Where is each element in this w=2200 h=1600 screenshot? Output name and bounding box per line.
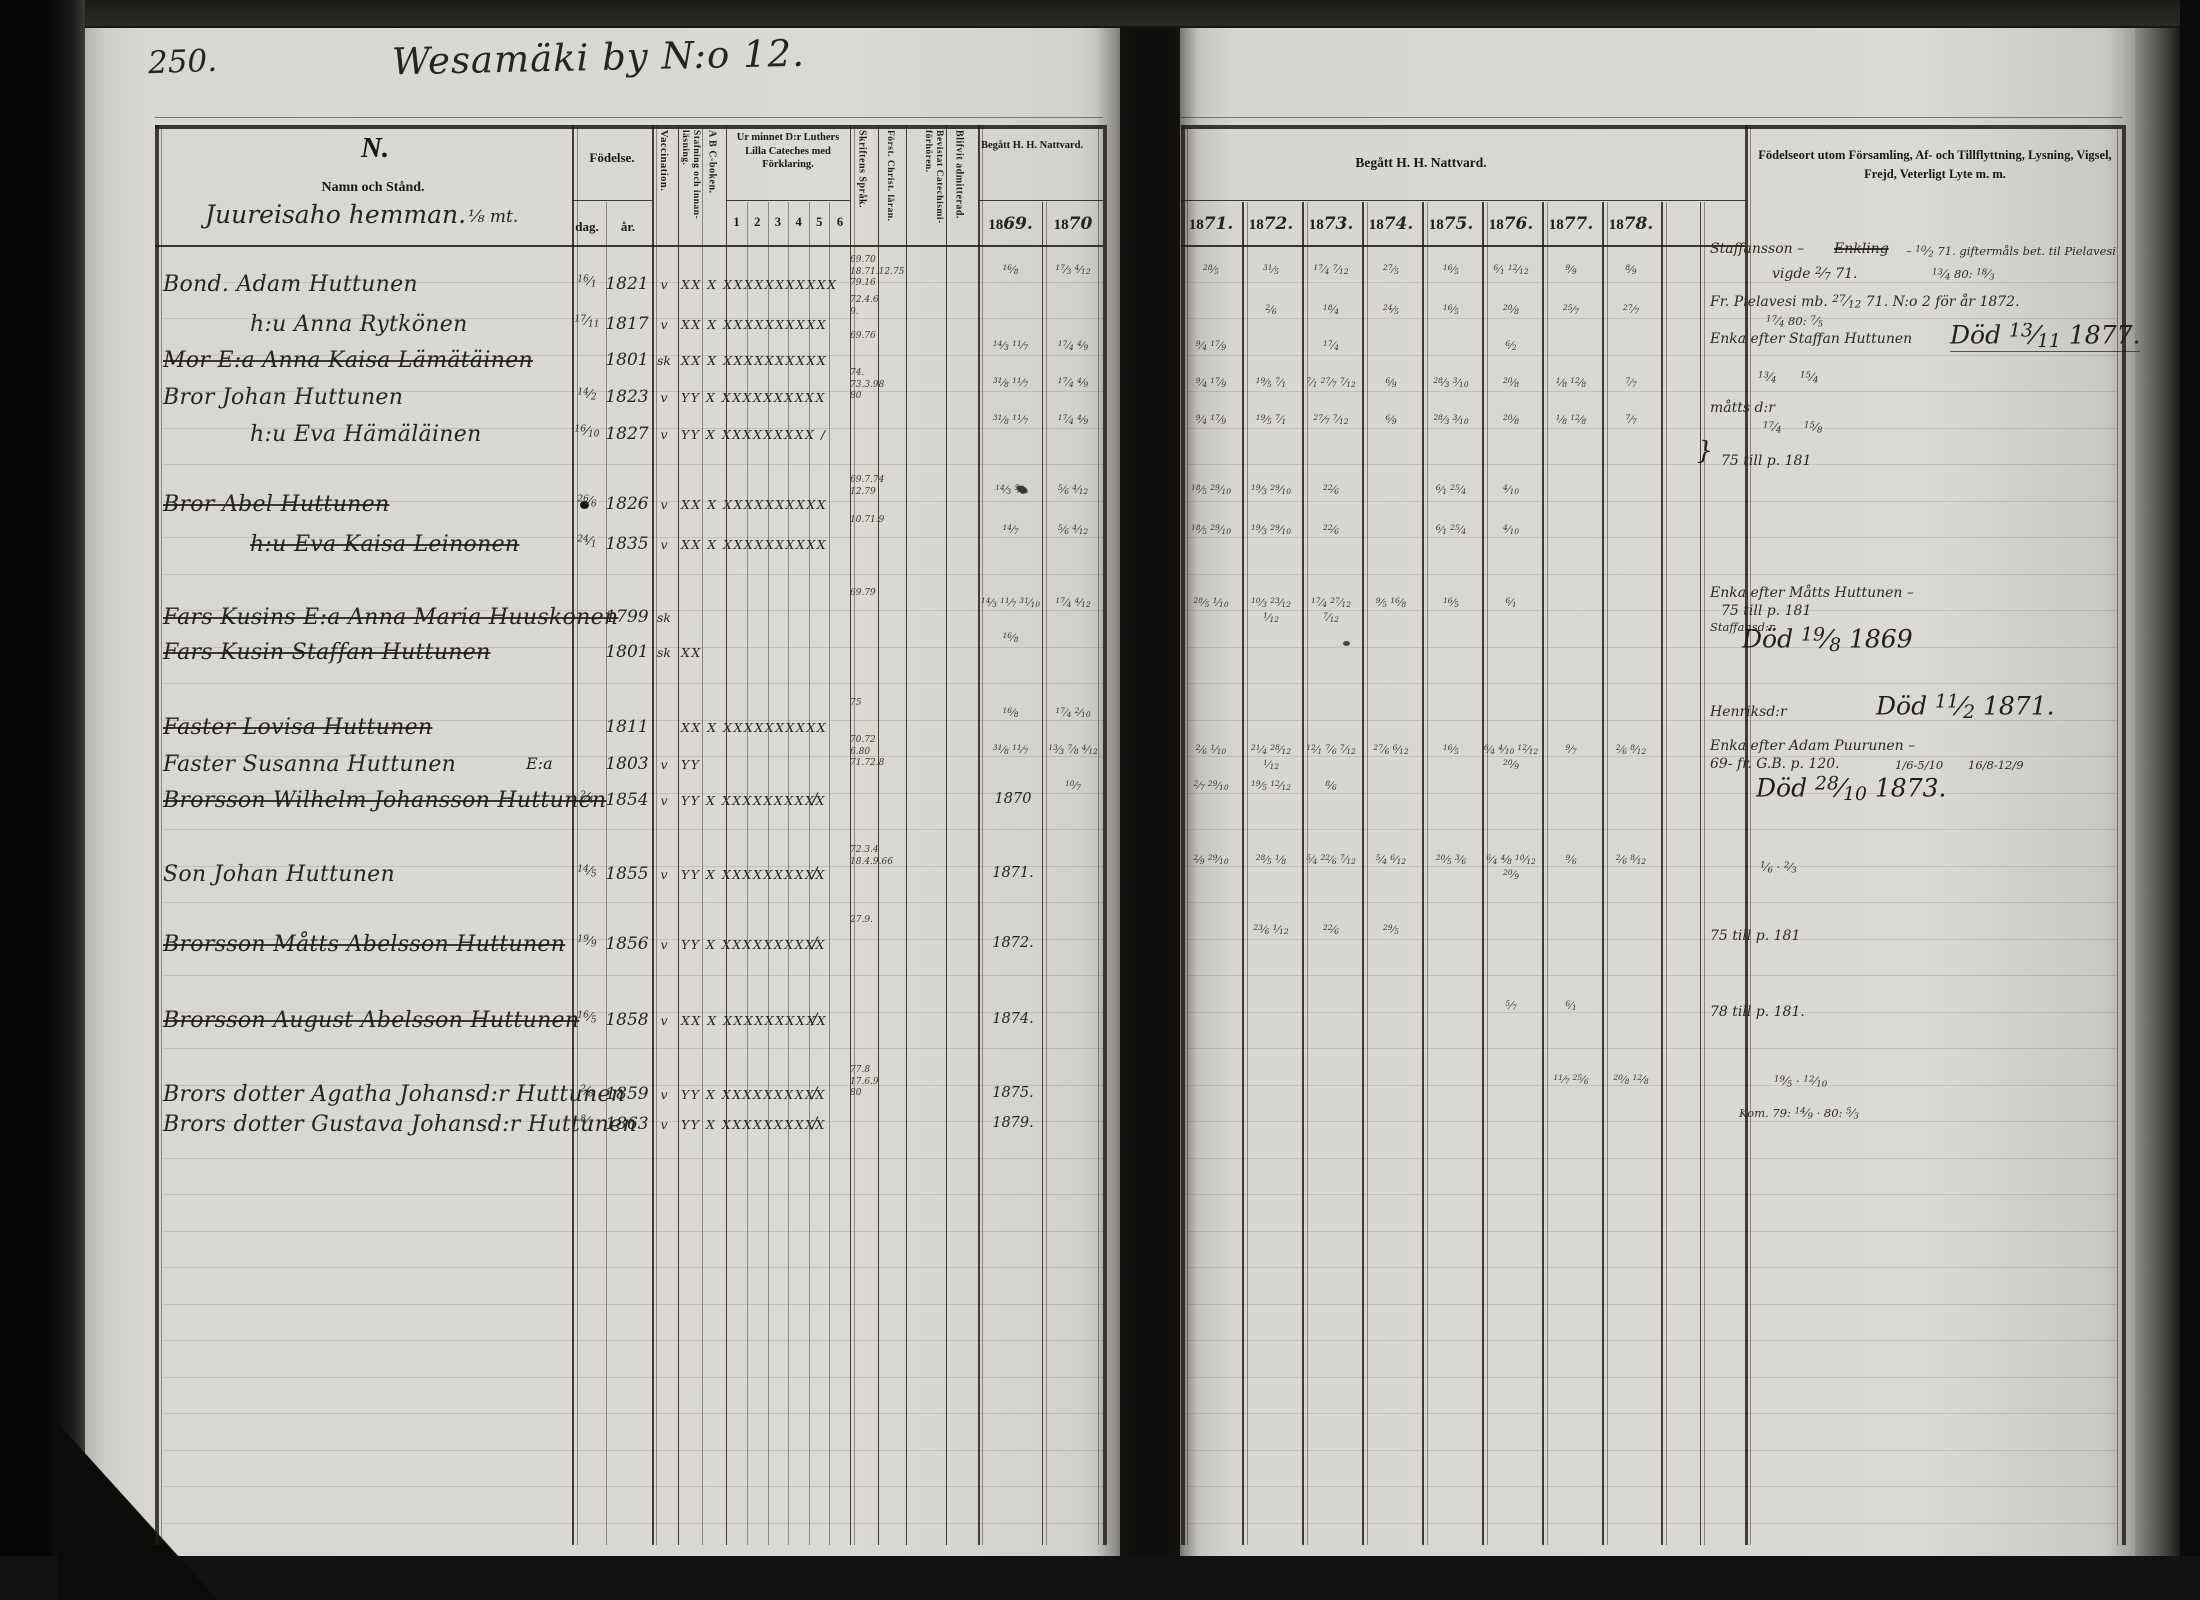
communion-entry: 11⁄7 25⁄6 [1542, 1073, 1600, 1088]
communion-entry: 12⁄1 7⁄6 7⁄12 [1302, 743, 1360, 758]
margin-note: Henriksd:r [1710, 704, 1787, 720]
margin-note: 15⁄4 [1800, 370, 1818, 385]
table-rule-vertical [978, 125, 980, 1545]
communion-entry: 14⁄3 11⁄7 [979, 339, 1042, 354]
birth-year: 1811 [604, 717, 650, 737]
row-name: Fars Kusins E:a Anna Maria Huuskonen [163, 605, 618, 630]
ruled-guide-line [1186, 647, 2118, 648]
birth-year: 1803 [604, 754, 650, 774]
ruled-guide-line [1186, 1340, 2118, 1341]
communion-entry: 9⁄4 17⁄9 [1182, 376, 1240, 391]
communion-entry: 16⁄5 [1422, 263, 1480, 278]
margin-note: } [1697, 436, 1713, 465]
scanned-ledger-page: 250. Wesamäki by N:o 12. N. Namn och Stå… [0, 0, 2200, 1600]
communion-entry: 16⁄5 [1422, 303, 1480, 318]
communion-entry: 6⁄2 [1482, 339, 1540, 354]
communion-entry: 6⁄1 25⁄4 [1422, 523, 1480, 538]
ruled-guide-line [163, 1158, 1103, 1159]
vaccination-mark: v [650, 867, 678, 882]
table-rule-horizontal [155, 245, 1103, 247]
ruled-guide-line [1186, 1304, 2118, 1305]
ruled-guide-line [1186, 318, 2118, 319]
birth-day: 16⁄10 [568, 424, 606, 440]
table-rule-horizontal [726, 200, 850, 201]
exam-notes: 69.79 [850, 588, 950, 600]
communion-entry: 8⁄6 [1302, 779, 1360, 794]
table-rule-vertical [1422, 202, 1424, 1545]
communion-entry: 17⁄4 [1302, 339, 1360, 354]
col-header-birth-day: dag. [568, 219, 606, 235]
year-label-1875: 1875. [1422, 214, 1480, 234]
catechism-col-number: 5 [809, 215, 830, 230]
year-label-1871: 1871. [1182, 214, 1240, 234]
table-rule-vertical [1187, 125, 1188, 1545]
vaccination-mark: sk [650, 645, 678, 660]
first-communion-mark: / [812, 1083, 817, 1102]
col-header-admitted: Blifvit admitterad. [953, 130, 965, 242]
ruled-guide-line [1186, 428, 2118, 429]
exam-notes: 75 [850, 698, 950, 710]
row-name-suffix: E:a [526, 754, 553, 773]
communion-entry: 28⁄5 [1182, 263, 1240, 278]
catechism-col-number: 6 [830, 215, 851, 230]
communion-entry: 31⁄5 [1242, 263, 1300, 278]
col-header-catechism: Ur minnet D:r Luthers Lilla Cateches med… [728, 131, 848, 172]
margin-note: 75 till p. 181 [1721, 603, 1811, 619]
margin-note: Död 19⁄8 1869 [1742, 624, 1913, 655]
table-rule-horizontal [1181, 245, 1745, 247]
communion-entry: 18⁄4 [1302, 303, 1360, 318]
communion-entry: 17⁄4 4⁄9 [1043, 376, 1103, 391]
table-rule-vertical [1367, 202, 1368, 1545]
ruled-guide-line [1186, 829, 2118, 830]
communion-entry: 5⁄6 4⁄12 [1043, 483, 1103, 498]
page-number: 250. [147, 43, 217, 81]
first-communion-mark: / [812, 863, 817, 882]
table-rule-vertical [1098, 125, 1099, 1545]
communion-entry: 31⁄8 11⁄7 [979, 743, 1042, 758]
communion-entry: 19⁄5 7⁄1 [1242, 413, 1300, 428]
table-rule-vertical [1542, 202, 1544, 1545]
year-label-1878: 1878. [1602, 214, 1660, 234]
exam-notes: 72.4.6 9. [850, 295, 950, 318]
vaccination-mark: v [650, 757, 678, 772]
birth-year: 1817 [604, 314, 650, 334]
margin-note: 19⁄5 · 12⁄10 [1774, 1074, 1827, 1089]
table-rule-vertical [1046, 202, 1047, 1545]
communion-entry: 9⁄4 17⁄9 [1182, 339, 1240, 354]
vaccination-mark: v [650, 277, 678, 292]
communion-entry: 5⁄4 6⁄12 [1362, 853, 1420, 868]
reading-marks: XX X XXXXXXXXXX [681, 497, 827, 512]
scanner-edge-top [0, 0, 2200, 26]
communion-entry: 10⁄7 [1043, 779, 1103, 794]
exam-notes: 70.72 6.80 71.72.8 [850, 735, 950, 770]
margin-note: 16/8-12/9 [1968, 758, 2024, 772]
ruled-guide-line [1186, 1194, 2118, 1195]
communion-entry: 16⁄8 [979, 706, 1042, 721]
communion-entry: 28⁄5 1⁄8 [1242, 853, 1300, 868]
communion-entry: 9⁄9 [1542, 263, 1600, 278]
communion-entry: 14⁄7 [979, 523, 1042, 538]
margin-note: Kom. 79: 14⁄9 · 80: 5⁄3 [1739, 1106, 1859, 1121]
row-name: Bond. Adam Huttunen [163, 272, 418, 297]
vaccination-mark: v [650, 937, 678, 952]
table-rule-vertical [726, 125, 727, 1545]
year-label-1872: 1872. [1242, 214, 1300, 234]
margin-note: Död 28⁄10 1873. [1756, 773, 1946, 804]
birth-year: 1858 [604, 1010, 650, 1030]
birth-day: 8⁄7 [568, 1114, 606, 1130]
farm-mantal: ⅛ mt. [468, 207, 518, 227]
ruled-guide-line [1186, 1231, 2118, 1232]
exam-notes: 10.71.9 [850, 515, 950, 527]
row-name: Brors dotter Gustava Johansd:r Huttunen [163, 1112, 637, 1137]
exam-notes: 27.9. [850, 915, 950, 927]
birth-year: 1821 [604, 274, 650, 294]
margin-note: Fr. Pielavesi mb. 27⁄12 71. N:o 2 för år… [1710, 293, 2020, 311]
vaccination-mark: v [650, 1013, 678, 1028]
communion-entry: 27⁄6 6⁄12 [1362, 743, 1420, 758]
birth-year: 1863 [604, 1114, 650, 1134]
vaccination-mark: v [650, 427, 678, 442]
row-name: Brorsson Måtts Abelsson Huttunen [163, 932, 565, 957]
table-rule-vertical [1103, 125, 1107, 1545]
year-label-1873: 1873. [1302, 214, 1360, 234]
communion-entry: 6⁄1 12⁄12 [1482, 263, 1540, 278]
col-header-n: N. [300, 132, 450, 165]
admitted-year: 1871. [984, 865, 1042, 881]
ruled-guide-line [163, 1377, 1103, 1378]
row-name: h:u Eva Kaisa Leinonen [250, 532, 519, 557]
communion-entry: 7⁄7 [1602, 376, 1660, 391]
ruled-guide-line [163, 1267, 1103, 1268]
admitted-year: 1879. [984, 1115, 1042, 1131]
margin-note: 17⁄4 80: 7⁄5 [1766, 314, 1823, 329]
birth-day: 14⁄2 [568, 387, 606, 403]
admitted-year: 1875. [984, 1085, 1042, 1101]
margin-note: Enka efter Staffan Huttunen [1710, 331, 1912, 347]
first-communion-mark: / [812, 1113, 817, 1132]
exam-notes: 72.3.4 18.4.9.66 [850, 845, 950, 868]
communion-entry: 23⁄6 1⁄12 [1242, 923, 1300, 938]
table-rule-vertical [1704, 202, 1705, 1545]
birth-day: 24⁄1 [568, 534, 606, 550]
communion-entry: 28⁄3 3⁄10 [1422, 376, 1480, 391]
farm-name: Juureisaho hemman. [205, 200, 466, 229]
ruled-guide-line [163, 1048, 1103, 1049]
reading-marks: XX X XXXXXXXXXXX [681, 277, 838, 292]
col-header-birth-year: år. [606, 219, 650, 235]
table-rule-vertical [1247, 202, 1248, 1545]
table-rule-vertical [829, 202, 830, 1545]
table-rule-horizontal [1181, 117, 2122, 118]
communion-entry: 5⁄6 4⁄12 [1043, 523, 1103, 538]
reading-marks: YY [681, 757, 701, 772]
birth-year: 1826 [604, 494, 650, 514]
margin-note: Enkling [1834, 241, 1889, 257]
communion-entry: 28⁄5 1⁄10 [1182, 596, 1240, 611]
col-header-notes: Födelseort utom Församling, Af- och Till… [1756, 146, 2114, 184]
row-name: Mor E:a Anna Kaisa Lämätäinen [163, 348, 533, 373]
table-rule-vertical [678, 125, 679, 1545]
exam-notes: 77.8 17.6.9 80 [850, 1065, 950, 1100]
table-rule-vertical [656, 125, 657, 1545]
margin-note: Död 13⁄11 1877. [1950, 320, 2140, 352]
ruled-guide-line [1186, 1486, 2118, 1487]
exam-notes: 69.76 [850, 331, 950, 343]
year-label-1877: 1877. [1542, 214, 1600, 234]
table-rule-vertical [1700, 202, 1701, 1545]
communion-entry: 18⁄5 29⁄10 [1182, 523, 1240, 538]
birth-year: 1859 [604, 1084, 650, 1104]
communion-entry: 22⁄6 [1302, 523, 1360, 538]
communion-entry: 9⁄4 17⁄9 [1182, 413, 1240, 428]
col-header-abc: A B C-boken. [706, 130, 718, 242]
ruled-guide-line [1186, 355, 2118, 356]
row-name: Fars Kusin Staffan Huttunen [163, 640, 491, 665]
margin-note: Enka efter Adam Puurunen – [1710, 738, 1915, 754]
col-header-birth: Födelse. [572, 150, 652, 166]
communion-entry: 16⁄5 [1422, 596, 1480, 611]
birth-year: 1801 [604, 642, 650, 662]
ruled-guide-line [1186, 1158, 2118, 1159]
margin-note: vigde 2⁄7 71. [1772, 265, 1857, 283]
first-communion-mark: / [812, 933, 817, 952]
communion-entry: 2⁄6 1⁄10 [1182, 743, 1240, 758]
communion-entry: 14⁄3 11⁄7 31⁄10 [979, 596, 1042, 611]
margin-note: 78 till p. 181. [1710, 1004, 1805, 1020]
ruled-guide-line [1186, 1012, 2118, 1013]
table-rule-horizontal [1181, 125, 2122, 129]
communion-entry: 17⁄4 7⁄12 [1302, 263, 1360, 278]
ruled-guide-line [1186, 391, 2118, 392]
communion-entry: 1⁄8 12⁄8 [1542, 413, 1600, 428]
communion-entry: 22⁄6 [1302, 483, 1360, 498]
vaccination-mark: sk [650, 610, 678, 625]
margin-note: 75 till p. 181 [1710, 928, 1800, 944]
communion-entry: 2⁄6 8⁄12 [1602, 853, 1660, 868]
table-rule-horizontal [155, 125, 1103, 129]
birth-day: 19⁄9 [568, 934, 606, 950]
ruled-guide-line [1186, 1450, 2118, 1451]
ruled-guide-line [163, 464, 1103, 465]
catechism-col-number: 4 [788, 215, 809, 230]
communion-entry: 19⁄5 12⁄12 [1242, 779, 1300, 794]
table-rule-horizontal [978, 200, 1103, 201]
communion-entry: 4⁄10 [1482, 523, 1540, 538]
margin-note: 75 till p. 181 [1721, 453, 1811, 469]
ruled-guide-line [163, 1413, 1103, 1414]
ruled-guide-line [1186, 501, 2118, 502]
vaccination-mark: v [650, 793, 678, 808]
communion-entry: 9⁄7 [1542, 743, 1600, 758]
first-communion-mark: / [812, 789, 817, 808]
communion-entry: 27⁄7 [1602, 303, 1660, 318]
ruled-guide-line [163, 574, 1103, 575]
table-rule-vertical [1181, 125, 1185, 1545]
reading-marks: YY X XXXXXXXXX / [681, 427, 827, 442]
communion-entry: 7⁄7 [1602, 413, 1660, 428]
table-rule-vertical [155, 125, 159, 1545]
communion-entry: 2⁄6 8⁄12 [1602, 743, 1660, 758]
table-rule-vertical [1307, 202, 1308, 1545]
birth-day: 14⁄5 [568, 864, 606, 880]
ruled-guide-line [163, 902, 1103, 903]
birth-day: 2⁄4 [568, 790, 606, 806]
reading-marks: YY X XXXXXXXXXX [681, 1117, 826, 1132]
birth-day: 16⁄5 [568, 1010, 606, 1026]
exam-notes: 69.70 18.71.12.75 79.16 [850, 255, 950, 290]
communion-entry: 5⁄4 22⁄6 7⁄12 [1302, 853, 1360, 868]
margin-note: 13⁄4 80: 18⁄3 [1932, 267, 1995, 282]
first-communion-mark: / [812, 1009, 817, 1028]
admitted-year: 1874. [984, 1011, 1042, 1027]
communion-entry: 29⁄5 [1362, 923, 1420, 938]
table-rule-vertical [1607, 202, 1608, 1545]
table-rule-vertical [982, 125, 983, 1545]
year-label-1876: 1876. [1482, 214, 1540, 234]
row-name: Brorsson Wilhelm Johansson Huttunen [163, 788, 606, 813]
year-label-1870: 1870 [1043, 214, 1103, 234]
reading-marks: XX X XXXXXXXXXX [681, 317, 827, 332]
birth-year: 1827 [604, 424, 650, 444]
ruled-guide-line [1186, 683, 2118, 684]
table-rule-vertical [572, 125, 574, 1545]
reading-marks: YY X XXXXXXXXXX [681, 937, 826, 952]
communion-entry: 9⁄6 [1542, 853, 1600, 868]
vaccination-mark: sk [650, 353, 678, 368]
vaccination-mark: v [650, 390, 678, 405]
ruled-guide-line [1186, 1377, 2118, 1378]
table-rule-vertical [577, 125, 578, 1545]
birth-day: 2⁄8 [568, 1084, 606, 1100]
communion-entry: 17⁄4 4⁄12 [1043, 596, 1103, 611]
table-rule-vertical [161, 125, 162, 1545]
ruled-guide-line [163, 1194, 1103, 1195]
exam-notes: 69.7.74 12.79 [850, 475, 950, 498]
communion-entry: 17⁄4 4⁄9 [1043, 413, 1103, 428]
communion-entry: 6⁄9 [1362, 376, 1420, 391]
col-header-vaccination: Vaccination. [657, 130, 669, 242]
communion-entry: 19⁄3 29⁄10 [1242, 523, 1300, 538]
reading-marks: XX X XXXXXXXXXX [681, 720, 827, 735]
communion-entry: 6⁄1 [1482, 596, 1540, 611]
margin-note: Staffansson – [1710, 241, 1804, 257]
year-label-1869: 1869. [979, 214, 1042, 234]
margin-note: 13⁄4 [1758, 370, 1776, 385]
communion-entry: 17⁄4 4⁄9 [1043, 339, 1103, 354]
row-name: h:u Eva Hämäläinen [250, 422, 482, 447]
exam-notes: 74. 73.3.98 80 [850, 368, 950, 403]
communion-entry: 21⁄4 28⁄12 1⁄12 [1242, 743, 1300, 772]
vaccination-mark: v [650, 1117, 678, 1132]
table-rule-vertical [652, 125, 654, 1545]
row-name: Bror Abel Huttunen [163, 492, 389, 517]
scanner-edge-right [2180, 0, 2200, 1600]
reading-marks: XX X XXXXXXXXXX [681, 537, 827, 552]
ruled-guide-line [163, 1486, 1103, 1487]
ruled-guide-line [163, 1340, 1103, 1341]
margin-note: 69- fr. G.B. p. 120. [1710, 756, 1840, 772]
catechism-col-number: 1 [726, 215, 747, 230]
ruled-guide-line [1186, 574, 2118, 575]
table-rule-vertical [1427, 202, 1428, 1545]
margin-note: 1⁄6 · 2⁄3 [1760, 860, 1797, 875]
ruled-guide-line [1186, 975, 2118, 976]
communion-entry: 6⁄4 4⁄10 12⁄12 20⁄9 [1482, 743, 1540, 772]
table-rule-horizontal [155, 117, 1103, 118]
row-name: Bror Johan Huttunen [163, 385, 403, 410]
scanner-edge-left [0, 0, 85, 1600]
ruled-guide-line [163, 829, 1103, 830]
col-header-christianity: Först. Christ. läran. [884, 130, 895, 242]
col-header-scripture: Skriftens Språk. [856, 130, 868, 242]
table-rule-vertical [1042, 202, 1043, 1545]
margin-note: 17⁄4 [1763, 420, 1781, 435]
reading-marks: YY X XXXXXXXXXX [681, 793, 826, 808]
table-rule-vertical [1302, 202, 1304, 1545]
col-header-attended: Bevistat Catechismi-förhören. [910, 130, 944, 226]
communion-entry: 6⁄9 [1362, 413, 1420, 428]
birth-day: 26⁄6 [568, 494, 606, 510]
communion-entry: 27⁄7 7⁄12 [1302, 413, 1360, 428]
ruled-guide-line [1186, 1048, 2118, 1049]
margin-note: Död 11⁄2 1871. [1876, 691, 2055, 722]
communion-entry: 6⁄1 25⁄4 [1422, 483, 1480, 498]
admitted-year: 1870 [984, 791, 1042, 807]
communion-entry: 20⁄5 3⁄6 [1422, 853, 1480, 868]
ruled-guide-line [1186, 939, 2118, 940]
vaccination-mark: v [650, 1087, 678, 1102]
reading-marks: XX X XXXXXXXXXX [681, 353, 827, 368]
ruled-guide-line [1186, 1121, 2118, 1122]
ruled-guide-line [1186, 1523, 2118, 1524]
communion-entry: 2⁄9 29⁄10 [1182, 853, 1240, 868]
row-name: h:u Anna Rytkönen [250, 312, 468, 337]
communion-entry: 16⁄8 [979, 263, 1042, 278]
birth-year: 1856 [604, 934, 650, 954]
row-name: Faster Lovisa Huttunen [163, 715, 432, 740]
village-title: Wesamäki by N:o 12. [392, 32, 806, 84]
communion-entry: 20⁄8 [1482, 376, 1540, 391]
birth-year: 1854 [604, 790, 650, 810]
reading-marks: YY X XXXXXXXXXX [681, 867, 826, 882]
birth-year: 1823 [604, 387, 650, 407]
table-rule-vertical [1666, 202, 1667, 1545]
birth-day: 17⁄11 [568, 314, 606, 330]
table-rule-vertical [1661, 202, 1663, 1545]
birth-year: 1799 [604, 607, 650, 627]
communion-entry: 19⁄5 7⁄1 [1242, 376, 1300, 391]
communion-entry: 27⁄5 [1362, 263, 1420, 278]
vaccination-mark: v [650, 317, 678, 332]
ruled-guide-line [1186, 1413, 2118, 1414]
communion-entry: 22⁄6 [1302, 923, 1360, 938]
communion-entry: 31⁄8 11⁄7 [979, 376, 1042, 391]
communion-entry: 2⁄7 29⁄10 [1182, 779, 1240, 794]
vaccination-mark: v [650, 497, 678, 512]
communion-entry: 18⁄5 29⁄10 [1182, 483, 1240, 498]
communion-entry: 1⁄8 12⁄8 [1542, 376, 1600, 391]
communion-entry: 19⁄3 29⁄10 [1242, 483, 1300, 498]
birth-year: 1801 [604, 350, 650, 370]
communion-entry: 14⁄3 5⁄9 [979, 483, 1042, 498]
margin-note: Enka efter Måtts Huttunen – [1710, 585, 1914, 601]
vaccination-mark: v [650, 537, 678, 552]
admitted-year: 1872. [984, 935, 1042, 951]
birth-day: 16⁄1 [568, 274, 606, 290]
